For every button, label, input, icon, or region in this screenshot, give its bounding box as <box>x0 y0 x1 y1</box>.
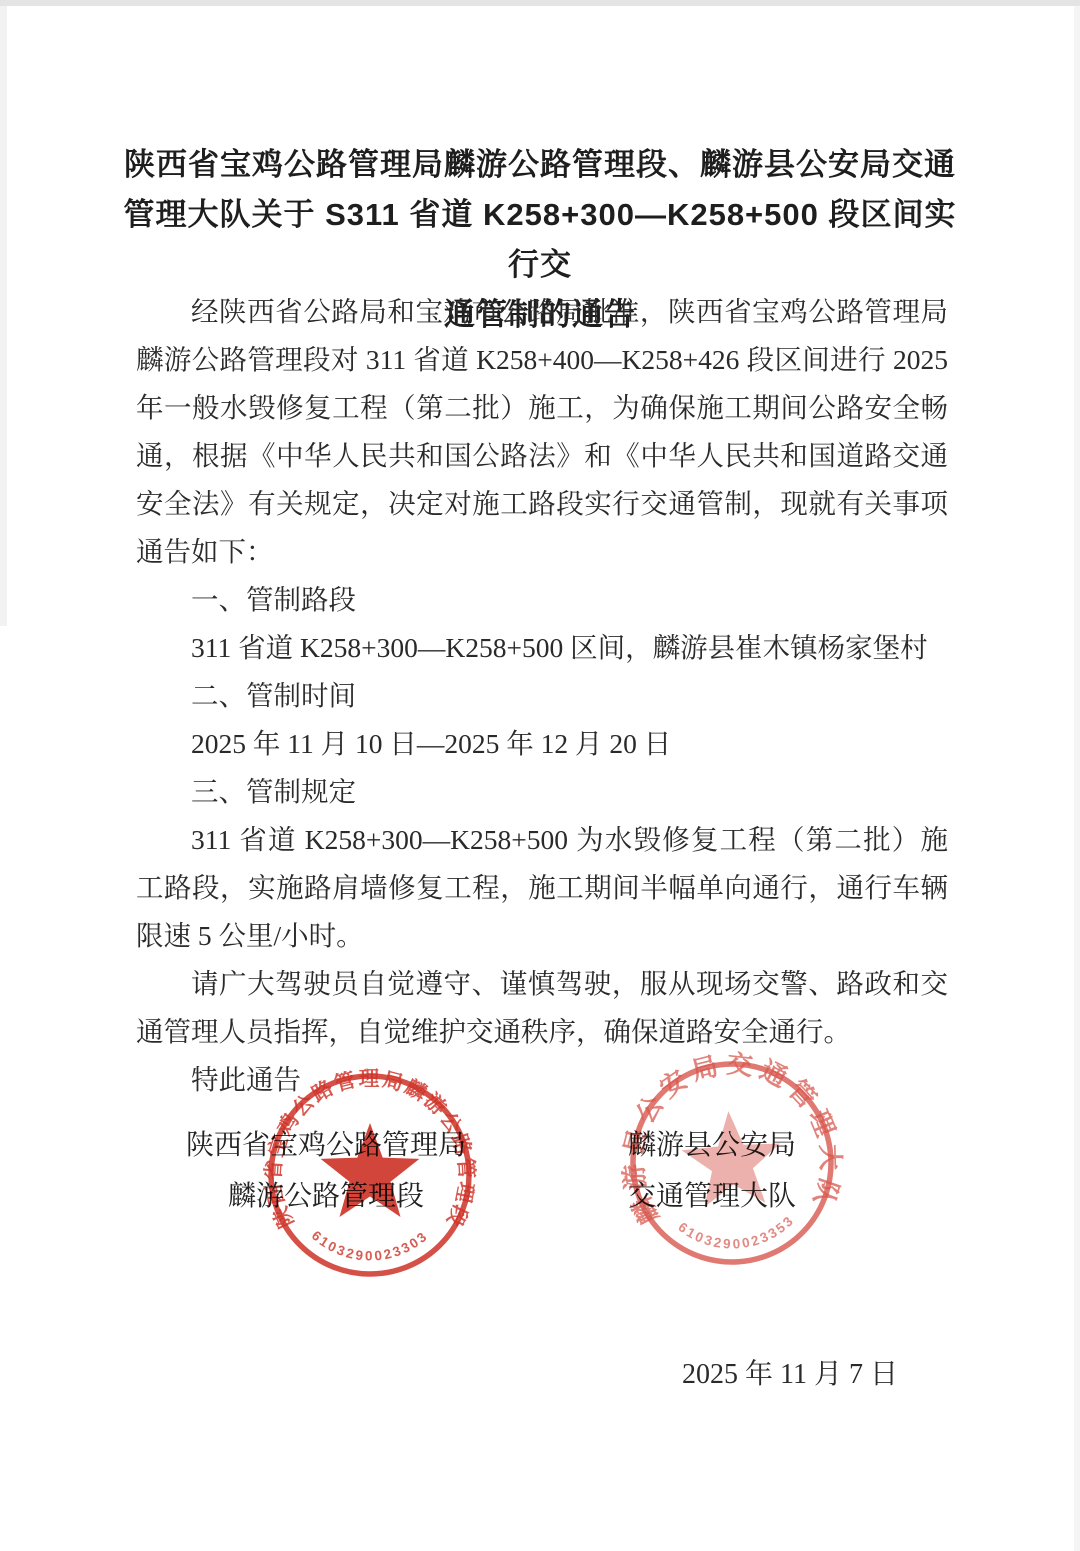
official-seal-left-icon: 陕西省宝鸡公路管理局麟游公路管理段 6103290023303 <box>255 1060 485 1290</box>
section-1-content: 311 省道 K258+300—K258+500 区间，麟游县崔木镇杨家堡村 <box>136 624 948 672</box>
svg-text:6103290023303: 6103290023303 <box>309 1228 431 1264</box>
document-date: 2025 年 11 月 7 日 <box>640 1352 940 1392</box>
section-3-content: 311 省道 K258+300—K258+500 为水毁修复工程（第二批）施工路… <box>136 816 948 960</box>
seal-star-icon <box>679 1108 784 1209</box>
photo-left-edge <box>0 6 7 626</box>
document-body: 经陕西省公路局和宝鸡市公路局批准，陕西省宝鸡公路管理局麟游公路管理段对 311 … <box>136 288 948 1104</box>
photo-right-edge <box>1074 6 1080 1551</box>
official-seal-right-icon: 麟游县公安局交通管理大队 6103290023353 <box>609 1040 854 1285</box>
section-2-heading: 二、管制时间 <box>136 672 948 720</box>
section-1-heading: 一、管制路段 <box>136 576 948 624</box>
seal-star-icon <box>321 1123 420 1217</box>
section-3-heading: 三、管制规定 <box>136 768 948 816</box>
title-line-1: 陕西省宝鸡公路管理局麟游公路管理段、麟游县公安局交通 <box>118 140 962 190</box>
paragraph-intro: 经陕西省公路局和宝鸡市公路局批准，陕西省宝鸡公路管理局麟游公路管理段对 311 … <box>136 288 948 576</box>
notice-document-page: 陕西省宝鸡公路管理局麟游公路管理段、麟游县公安局交通 管理大队关于 S311 省… <box>0 0 1080 1551</box>
photo-top-edge <box>0 0 1080 6</box>
seal-left-serial: 6103290023303 <box>309 1228 431 1264</box>
title-line-2: 管理大队关于 S311 省道 K258+300—K258+500 段区间实行交 <box>118 190 962 290</box>
section-2-content: 2025 年 11 月 10 日—2025 年 12 月 20 日 <box>136 720 948 768</box>
